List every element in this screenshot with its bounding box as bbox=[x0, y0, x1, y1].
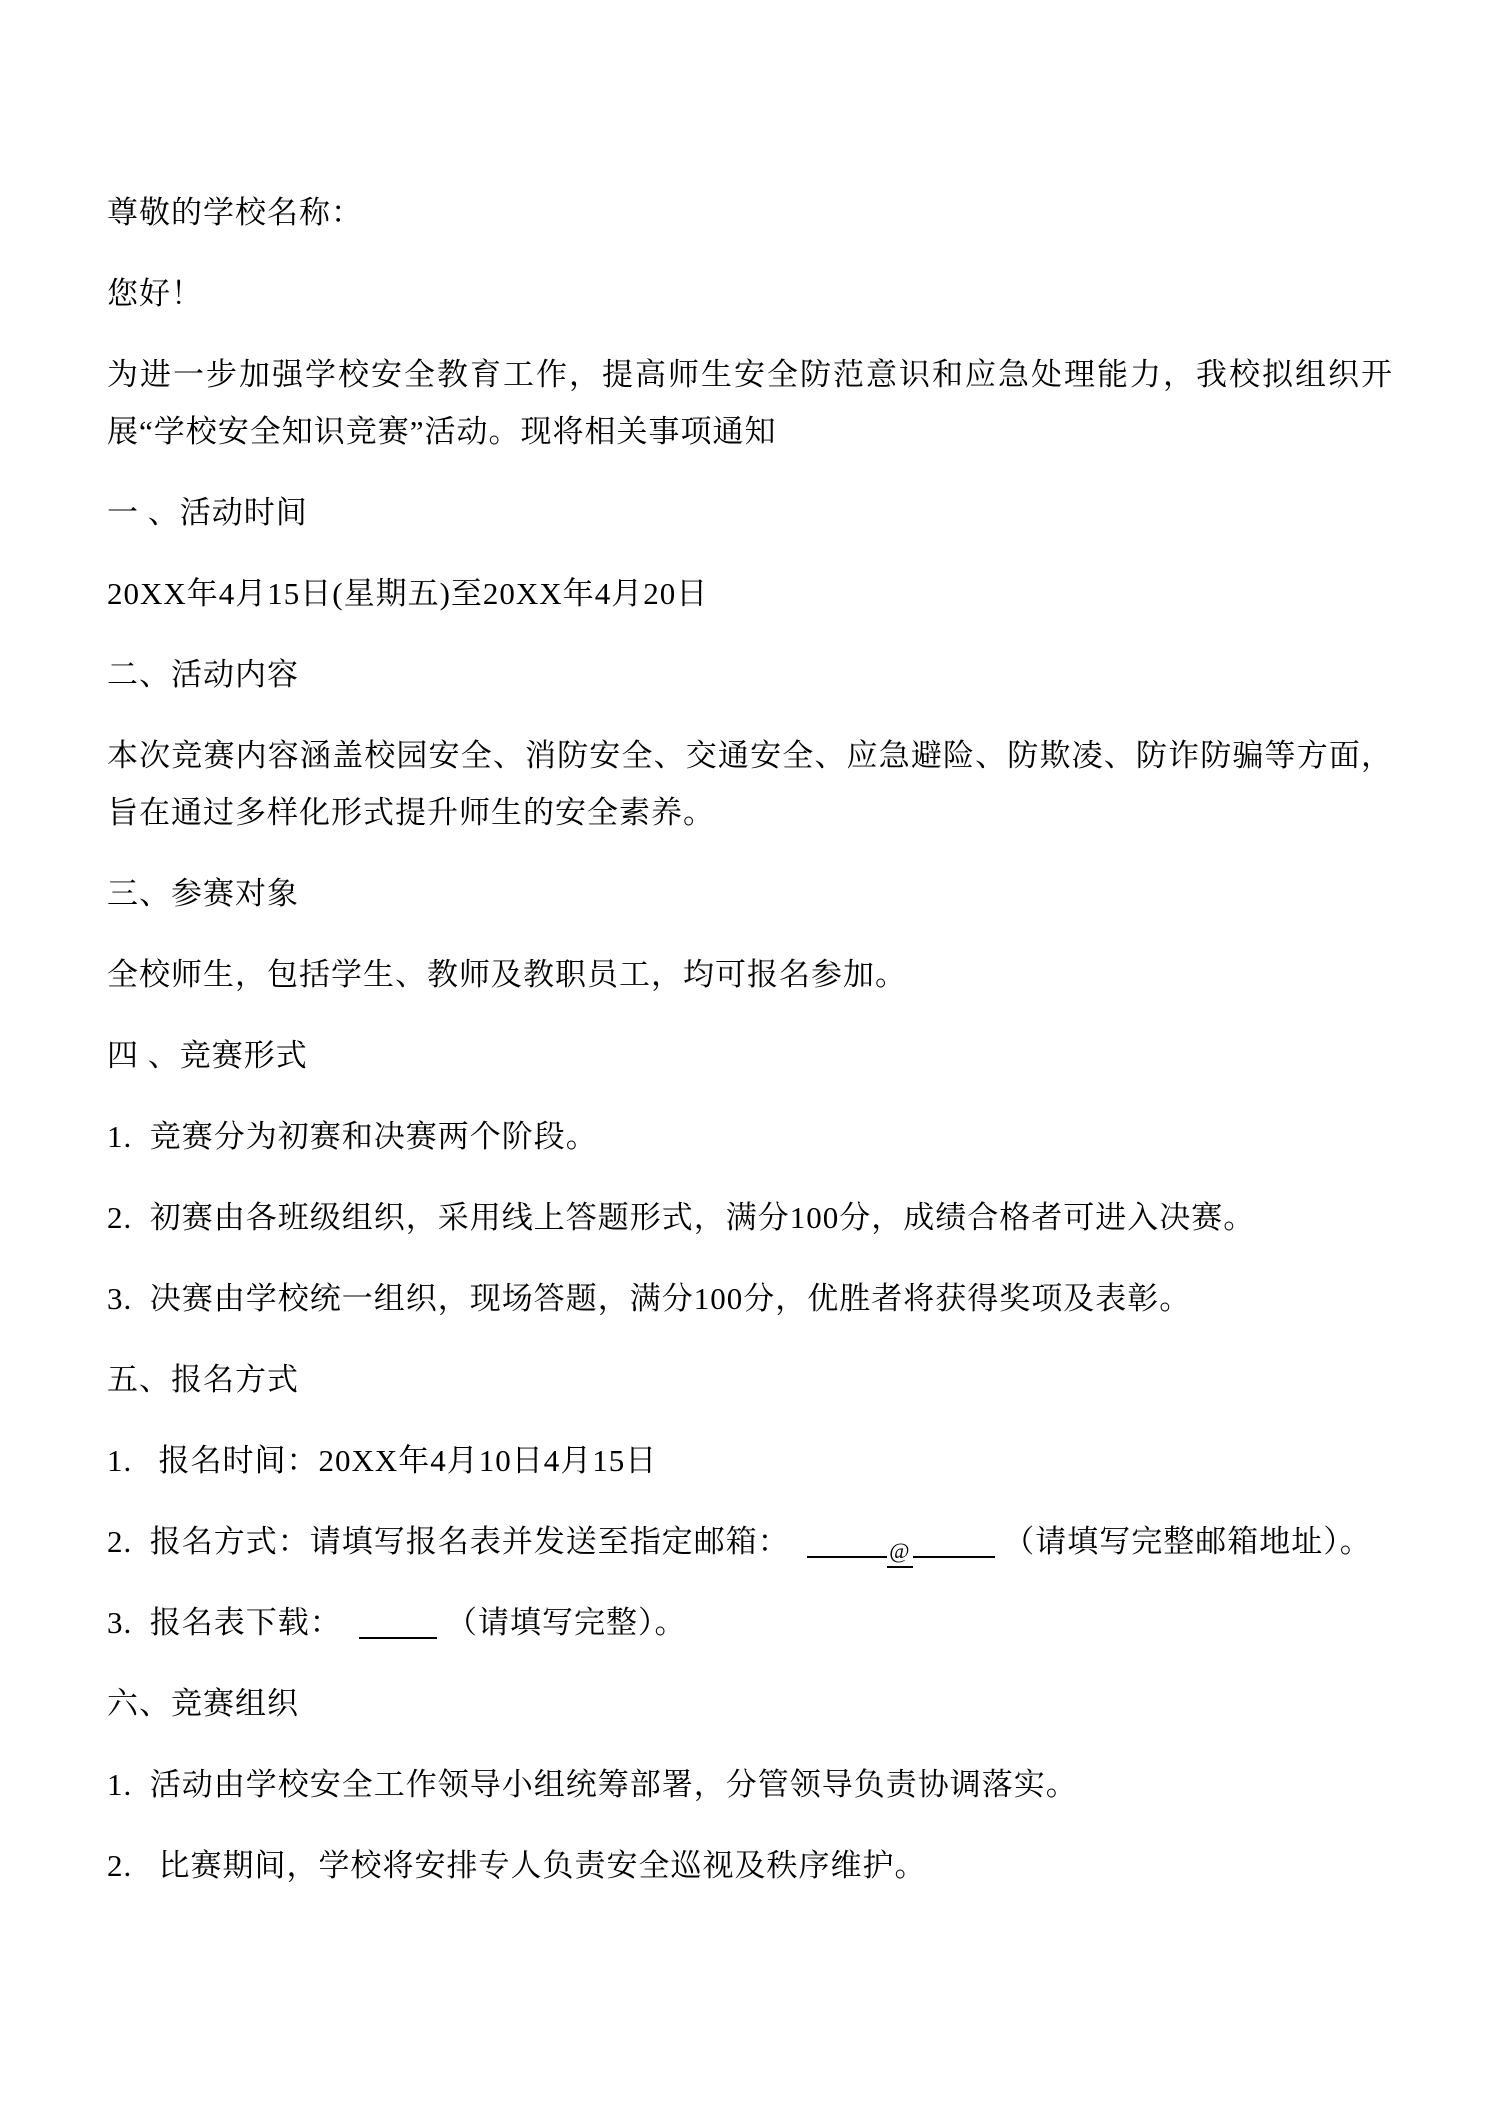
heading-activity-time-text: 一 、活动时间 bbox=[107, 495, 308, 530]
organization-item-1-text: 1. 活动由学校安全工作领导小组统筹部署，分管领导负责协调落实。 bbox=[107, 1767, 1078, 1802]
download-blank[interactable] bbox=[359, 1607, 437, 1639]
heading-activity-content: 二、活动内容 bbox=[107, 646, 1393, 703]
email-local-blank[interactable] bbox=[807, 1526, 887, 1558]
registration-item-3-text: （请填写完整）。 bbox=[437, 1605, 686, 1640]
participants-text-text: 全校师生，包括学生、教师及教职员工，均可报名参加。 bbox=[107, 957, 907, 992]
intro-paragraph: 为进一步加强学校安全教育工作，提高师生安全防范意识和应急处理能力，我校拟组织开展… bbox=[107, 346, 1393, 460]
heading-competition-format: 四 、竞赛形式 bbox=[107, 1027, 1393, 1084]
heading-organization-text: 六、竞赛组织 bbox=[107, 1686, 299, 1721]
activity-content-text-text: 本次竞赛内容涵盖校园安全、消防安全、交通安全、应急避险、防欺凌、防诈防骗等方面，… bbox=[107, 738, 1393, 830]
greeting: 您好！ bbox=[107, 265, 1393, 322]
format-item-2-text: 2. 初赛由各班级组织，采用线上答题形式，满分100分，成绩合格者可进入决赛。 bbox=[107, 1200, 1255, 1235]
heading-activity-time: 一 、活动时间 bbox=[107, 484, 1393, 541]
format-item-3-text: 3. 决赛由学校统一组织，现场答题，满分100分，优胜者将获得奖项及表彰。 bbox=[107, 1281, 1191, 1316]
format-item-2: 2. 初赛由各班级组织，采用线上答题形式，满分100分，成绩合格者可进入决赛。 bbox=[107, 1189, 1393, 1246]
organization-item-1: 1. 活动由学校安全工作领导小组统筹部署，分管领导负责协调落实。 bbox=[107, 1756, 1393, 1813]
heading-activity-content-text: 二、活动内容 bbox=[107, 657, 299, 692]
format-item-1: 1. 竞赛分为初赛和决赛两个阶段。 bbox=[107, 1108, 1393, 1165]
registration-item-2: 2. 报名方式：请填写报名表并发送至指定邮箱： @ （请填写完整邮箱地址）。 bbox=[107, 1513, 1393, 1570]
registration-item-3-text: 3. 报名表下载： bbox=[107, 1605, 359, 1640]
salutation: 尊敬的学校名称： bbox=[107, 184, 1393, 241]
registration-item-3: 3. 报名表下载： （请填写完整）。 bbox=[107, 1594, 1393, 1651]
heading-registration: 五、报名方式 bbox=[107, 1351, 1393, 1408]
activity-content-text: 本次竞赛内容涵盖校园安全、消防安全、交通安全、应急避险、防欺凌、防诈防骗等方面，… bbox=[107, 727, 1393, 841]
participants-text: 全校师生，包括学生、教师及教职员工，均可报名参加。 bbox=[107, 946, 1393, 1003]
intro-paragraph-text: 为进一步加强学校安全教育工作，提高师生安全防范意识和应急处理能力，我校拟组织开展… bbox=[107, 357, 1393, 449]
heading-competition-format-text: 四 、竞赛形式 bbox=[107, 1038, 308, 1073]
heading-participants-text: 三、参赛对象 bbox=[107, 876, 299, 911]
registration-item-2-text: 2. 报名方式：请填写报名表并发送至指定邮箱： bbox=[107, 1524, 807, 1559]
format-item-1-text: 1. 竞赛分为初赛和决赛两个阶段。 bbox=[107, 1119, 598, 1154]
notice-document: 尊敬的学校名称：您好！为进一步加强学校安全教育工作，提高师生安全防范意识和应急处… bbox=[107, 184, 1393, 1894]
registration-item-1: 1. 报名时间：20XX年4月10日4月15日 bbox=[107, 1432, 1393, 1489]
registration-item-2-text: （请填写完整邮箱地址）。 bbox=[995, 1524, 1372, 1559]
salutation-text: 尊敬的学校名称： bbox=[107, 195, 363, 230]
organization-item-2-text: 2. 比赛期间，学校将安排专人负责安全巡视及秩序维护。 bbox=[107, 1848, 927, 1883]
document-page: 尊敬的学校名称：您好！为进一步加强学校安全教育工作，提高师生安全防范意识和应急处… bbox=[0, 0, 1493, 2112]
activity-time-text: 20XX年4月15日(星期五)至20XX年4月20日 bbox=[107, 565, 1393, 622]
format-item-3: 3. 决赛由学校统一组织，现场答题，满分100分，优胜者将获得奖项及表彰。 bbox=[107, 1270, 1393, 1327]
email-at-sign: @ bbox=[887, 1536, 912, 1568]
heading-participants: 三、参赛对象 bbox=[107, 865, 1393, 922]
greeting-text: 您好！ bbox=[107, 276, 203, 311]
registration-item-1-text: 1. 报名时间：20XX年4月10日4月15日 bbox=[107, 1443, 657, 1478]
heading-organization: 六、竞赛组织 bbox=[107, 1675, 1393, 1732]
heading-registration-text: 五、报名方式 bbox=[107, 1362, 299, 1397]
activity-time-text-text: 20XX年4月15日(星期五)至20XX年4月20日 bbox=[107, 576, 708, 611]
organization-item-2: 2. 比赛期间，学校将安排专人负责安全巡视及秩序维护。 bbox=[107, 1837, 1393, 1894]
email-domain-blank[interactable] bbox=[913, 1526, 995, 1558]
